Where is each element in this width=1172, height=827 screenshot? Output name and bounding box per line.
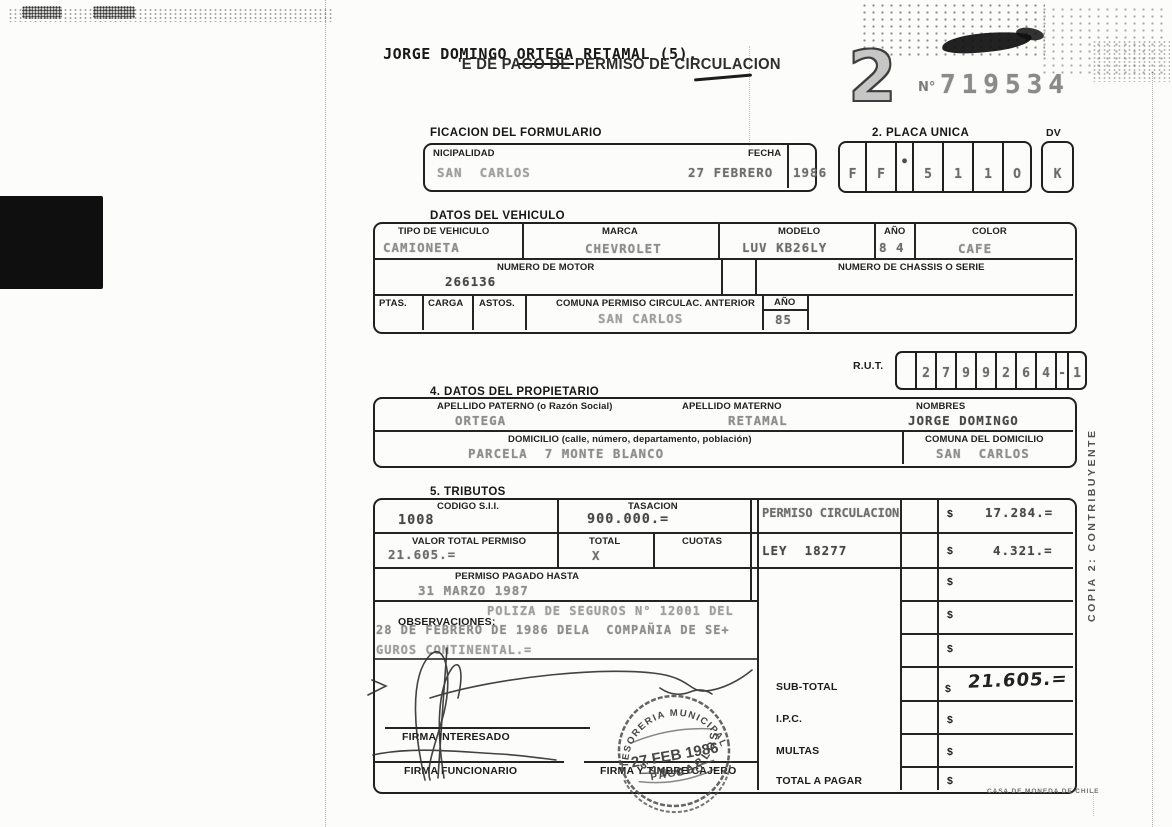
dv-box: K: [1041, 141, 1074, 193]
rut-dv-cell: 1: [1069, 353, 1085, 388]
cell-divider: [718, 222, 720, 258]
rule: [900, 666, 1073, 668]
rut-cell: [897, 353, 917, 388]
currency-sign: $: [947, 643, 953, 655]
cell-divider: [937, 498, 939, 790]
domicilio-value: PARCELA 7 MONTE BLANCO: [468, 446, 664, 461]
rut-dash-cell: -: [1057, 353, 1069, 388]
cell-divider: [522, 222, 524, 258]
redaction-block: [0, 196, 103, 289]
valor-total-value: 21.605.=: [388, 547, 456, 562]
rule: [900, 700, 1073, 702]
plate-char: O: [1013, 167, 1021, 182]
plate-char: 1: [954, 167, 962, 182]
scanned-form-page: JORGE DOMINGO ORTEGA RETAMAL (5). 'E DE …: [0, 0, 1172, 827]
ink-mark-topleft-1: [22, 6, 62, 19]
comuna-anterior-label: COMUNA PERMISO CIRCULAC. ANTERIOR: [556, 298, 755, 309]
rut-digit: 7: [942, 366, 950, 381]
color-label: COLOR: [972, 226, 1007, 237]
section3-title: DATOS DEL VEHICULO: [430, 210, 565, 222]
rut-cell: 7: [937, 353, 957, 388]
rut-dash: -: [1058, 366, 1066, 381]
rule: [373, 294, 1073, 296]
currency-sign: $: [947, 609, 953, 621]
dv-label: DV: [1046, 127, 1061, 139]
cell-divider: [900, 498, 902, 790]
municipality-label: NICIPALIDAD: [433, 148, 495, 159]
ptas-label: PTAS.: [379, 298, 407, 309]
rule: [900, 766, 1073, 768]
materno-label: APELLIDO MATERNO: [682, 401, 782, 412]
rut-digit: 9: [982, 366, 990, 381]
date-value: 27 FEBRERO: [688, 165, 773, 180]
codigo-label: CODIGO S.I.I.: [437, 501, 499, 512]
fold-line-left: [325, 0, 326, 827]
astos-label: ASTOS.: [479, 298, 515, 309]
date-divider: [787, 143, 789, 188]
scan-speckle-right-corner: [1092, 40, 1170, 82]
paterno-label: APELLIDO PATERNO (o Razón Social): [437, 401, 613, 412]
total-value: X: [592, 548, 601, 563]
dv-cell: K: [1043, 143, 1072, 191]
pagado-hasta-value: 31 MARZO 1987: [418, 583, 529, 598]
rule: [764, 309, 807, 311]
color-value: CAFE: [958, 241, 992, 256]
rut-cells: 2 7 9 9 2 6 4 - 1: [895, 351, 1087, 390]
codigo-value: 1008: [398, 512, 435, 528]
currency-sign: $: [947, 545, 953, 557]
currency-sign: $: [947, 714, 953, 726]
plate-cell: 5: [914, 143, 944, 191]
rut-cell: 2: [917, 353, 937, 388]
fold-line-bottom-right: [1093, 792, 1094, 816]
cuotas-label: CUOTAS: [682, 536, 722, 547]
section2-title: 2. PLACA UNICA: [872, 127, 969, 139]
cell-divider: [807, 294, 809, 330]
charge-desc-multas: MULTAS: [776, 745, 819, 757]
ano-value: 8 4: [879, 240, 905, 255]
rut-digit: 2: [1002, 366, 1010, 381]
rut-label: R.U.T.: [853, 360, 883, 372]
cell-divider: [750, 498, 752, 600]
modelo-value: LUV KB26LY: [742, 240, 827, 255]
serial-number: 719534: [940, 70, 1070, 100]
plate-char: 1: [984, 167, 992, 182]
charge-desc-subtotal: SUB-TOTAL: [776, 681, 838, 693]
motor-value: 266136: [445, 274, 496, 289]
charge-amount-permiso: 17.284.=: [985, 505, 1053, 520]
fold-line-right: [1152, 72, 1153, 827]
rut-digit: 9: [962, 366, 970, 381]
carga-label: CARGA: [428, 298, 463, 309]
tipo-value: CAMIONETA: [383, 240, 460, 255]
marca-label: MARCA: [602, 226, 638, 237]
paid-stamp: TESORERIA MUNICIPAL SAN CARLOS 27 FEB 19…: [598, 676, 750, 827]
rut-cell: 6: [1017, 353, 1037, 388]
cell-divider: [525, 294, 527, 330]
rule: [373, 600, 757, 602]
cell-divider: [422, 294, 424, 330]
currency-sign: $: [947, 508, 953, 520]
plate-separator-dot: •: [901, 155, 909, 170]
rut-dv: 1: [1073, 366, 1081, 381]
rule: [373, 258, 1073, 260]
motor-label: NUMERO DE MOTOR: [497, 262, 594, 273]
tipo-label: TIPO DE VEHICULO: [398, 226, 489, 237]
plate-cell: 1: [974, 143, 1004, 191]
section1-title: FICACION DEL FORMULARIO: [430, 127, 602, 139]
copy-label-vertical: COPIA 2: CONTRIBUYENTE: [1086, 429, 1098, 622]
rule: [373, 567, 1073, 569]
ano-label: AÑO: [884, 226, 905, 237]
cell-divider: [721, 258, 723, 294]
date-label: FECHA: [748, 148, 781, 159]
date-year: 1986: [793, 165, 827, 180]
rut-cell: 9: [977, 353, 997, 388]
cell-divider: [472, 294, 474, 330]
rut-cell: 4: [1037, 353, 1057, 388]
rule: [373, 430, 1073, 432]
charge-amount-ley: 4.321.=: [993, 543, 1053, 558]
rut-digit: 4: [1042, 366, 1050, 381]
charge-desc-total-a-pagar: TOTAL A PAGAR: [776, 775, 862, 787]
rut-digit: 6: [1022, 366, 1030, 381]
comuna-domicilio-label: COMUNA DEL DOMICILIO: [925, 434, 1044, 445]
plate-char: 5: [924, 167, 932, 182]
rule: [900, 733, 1073, 735]
nombres-label: NOMBRES: [916, 401, 965, 412]
copy-number-big: 2: [848, 42, 897, 112]
cell-divider: [557, 498, 559, 567]
total-label: TOTAL: [589, 536, 620, 547]
plate-cell: 1: [944, 143, 974, 191]
printer-credit: CASA DE MONEDA DE CHILE: [987, 788, 1099, 795]
serial-prefix: N°: [918, 80, 935, 95]
charge-desc-ley: LEY 18277: [762, 543, 847, 558]
cell-divider: [762, 294, 764, 330]
cell-divider: [914, 222, 916, 258]
municipality-value: SAN CARLOS: [437, 165, 531, 180]
observaciones-line1: POLIZA DE SEGUROS N° 12001 DEL: [487, 604, 734, 618]
rule: [900, 600, 1073, 602]
cell-divider: [902, 430, 904, 464]
materno-value: RETAMAL: [728, 413, 788, 428]
rule: [373, 532, 1073, 534]
comuna-domicilio-value: SAN CARLOS: [936, 446, 1030, 461]
ink-mark-topleft-2: [93, 6, 135, 19]
ano-anterior-label: AÑO: [774, 297, 795, 308]
plate-cell: O: [1004, 143, 1030, 191]
plate-char: F: [877, 167, 885, 182]
paterno-value: ORTEGA: [455, 413, 506, 428]
pagado-hasta-label: PERMISO PAGADO HASTA: [455, 571, 579, 582]
nombres-value: JORGE DOMINGO: [908, 413, 1019, 428]
ano-anterior-value: 85: [775, 312, 792, 327]
plate-cell: •: [897, 143, 914, 191]
modelo-label: MODELO: [778, 226, 820, 237]
plate-cell: F: [867, 143, 897, 191]
handwritten-underline-title: [694, 73, 752, 81]
domicilio-label: DOMICILIO (calle, número, departamento, …: [508, 434, 752, 445]
stamp-date-text: 27 FEB 1986: [630, 739, 720, 771]
charge-amount-subtotal-handwritten: 21.605.=: [967, 668, 1069, 692]
cell-divider: [653, 532, 655, 567]
form-title: 'E DE PAGO DE PERMISO DE CIRCULACION: [458, 56, 781, 74]
section5-title: 5. TRIBUTOS: [430, 486, 506, 498]
currency-sign: $: [947, 775, 953, 787]
charge-desc-permiso: PERMISO CIRCULACION: [762, 506, 899, 520]
dv-char: K: [1054, 167, 1062, 182]
currency-sign: $: [947, 746, 953, 758]
plate-cell: F: [840, 143, 867, 191]
rule: [900, 633, 1073, 635]
currency-sign: $: [945, 683, 951, 695]
chassis-label: NUMERO DE CHASSIS O SERIE: [838, 262, 985, 273]
rut-digit: 2: [922, 366, 930, 381]
plate-char: F: [849, 167, 857, 182]
currency-sign: $: [947, 576, 953, 588]
plate-cells: F F • 5 1 1 O: [838, 141, 1032, 193]
cell-divider: [755, 258, 757, 294]
rut-cell: 9: [957, 353, 977, 388]
marca-value: CHEVROLET: [585, 241, 662, 256]
tasacion-value: 900.000.=: [587, 511, 669, 527]
comuna-anterior-value: SAN CARLOS: [598, 311, 683, 326]
valor-total-label: VALOR TOTAL PERMISO: [412, 536, 526, 547]
cell-divider: [874, 222, 876, 258]
rut-cell: 2: [997, 353, 1017, 388]
